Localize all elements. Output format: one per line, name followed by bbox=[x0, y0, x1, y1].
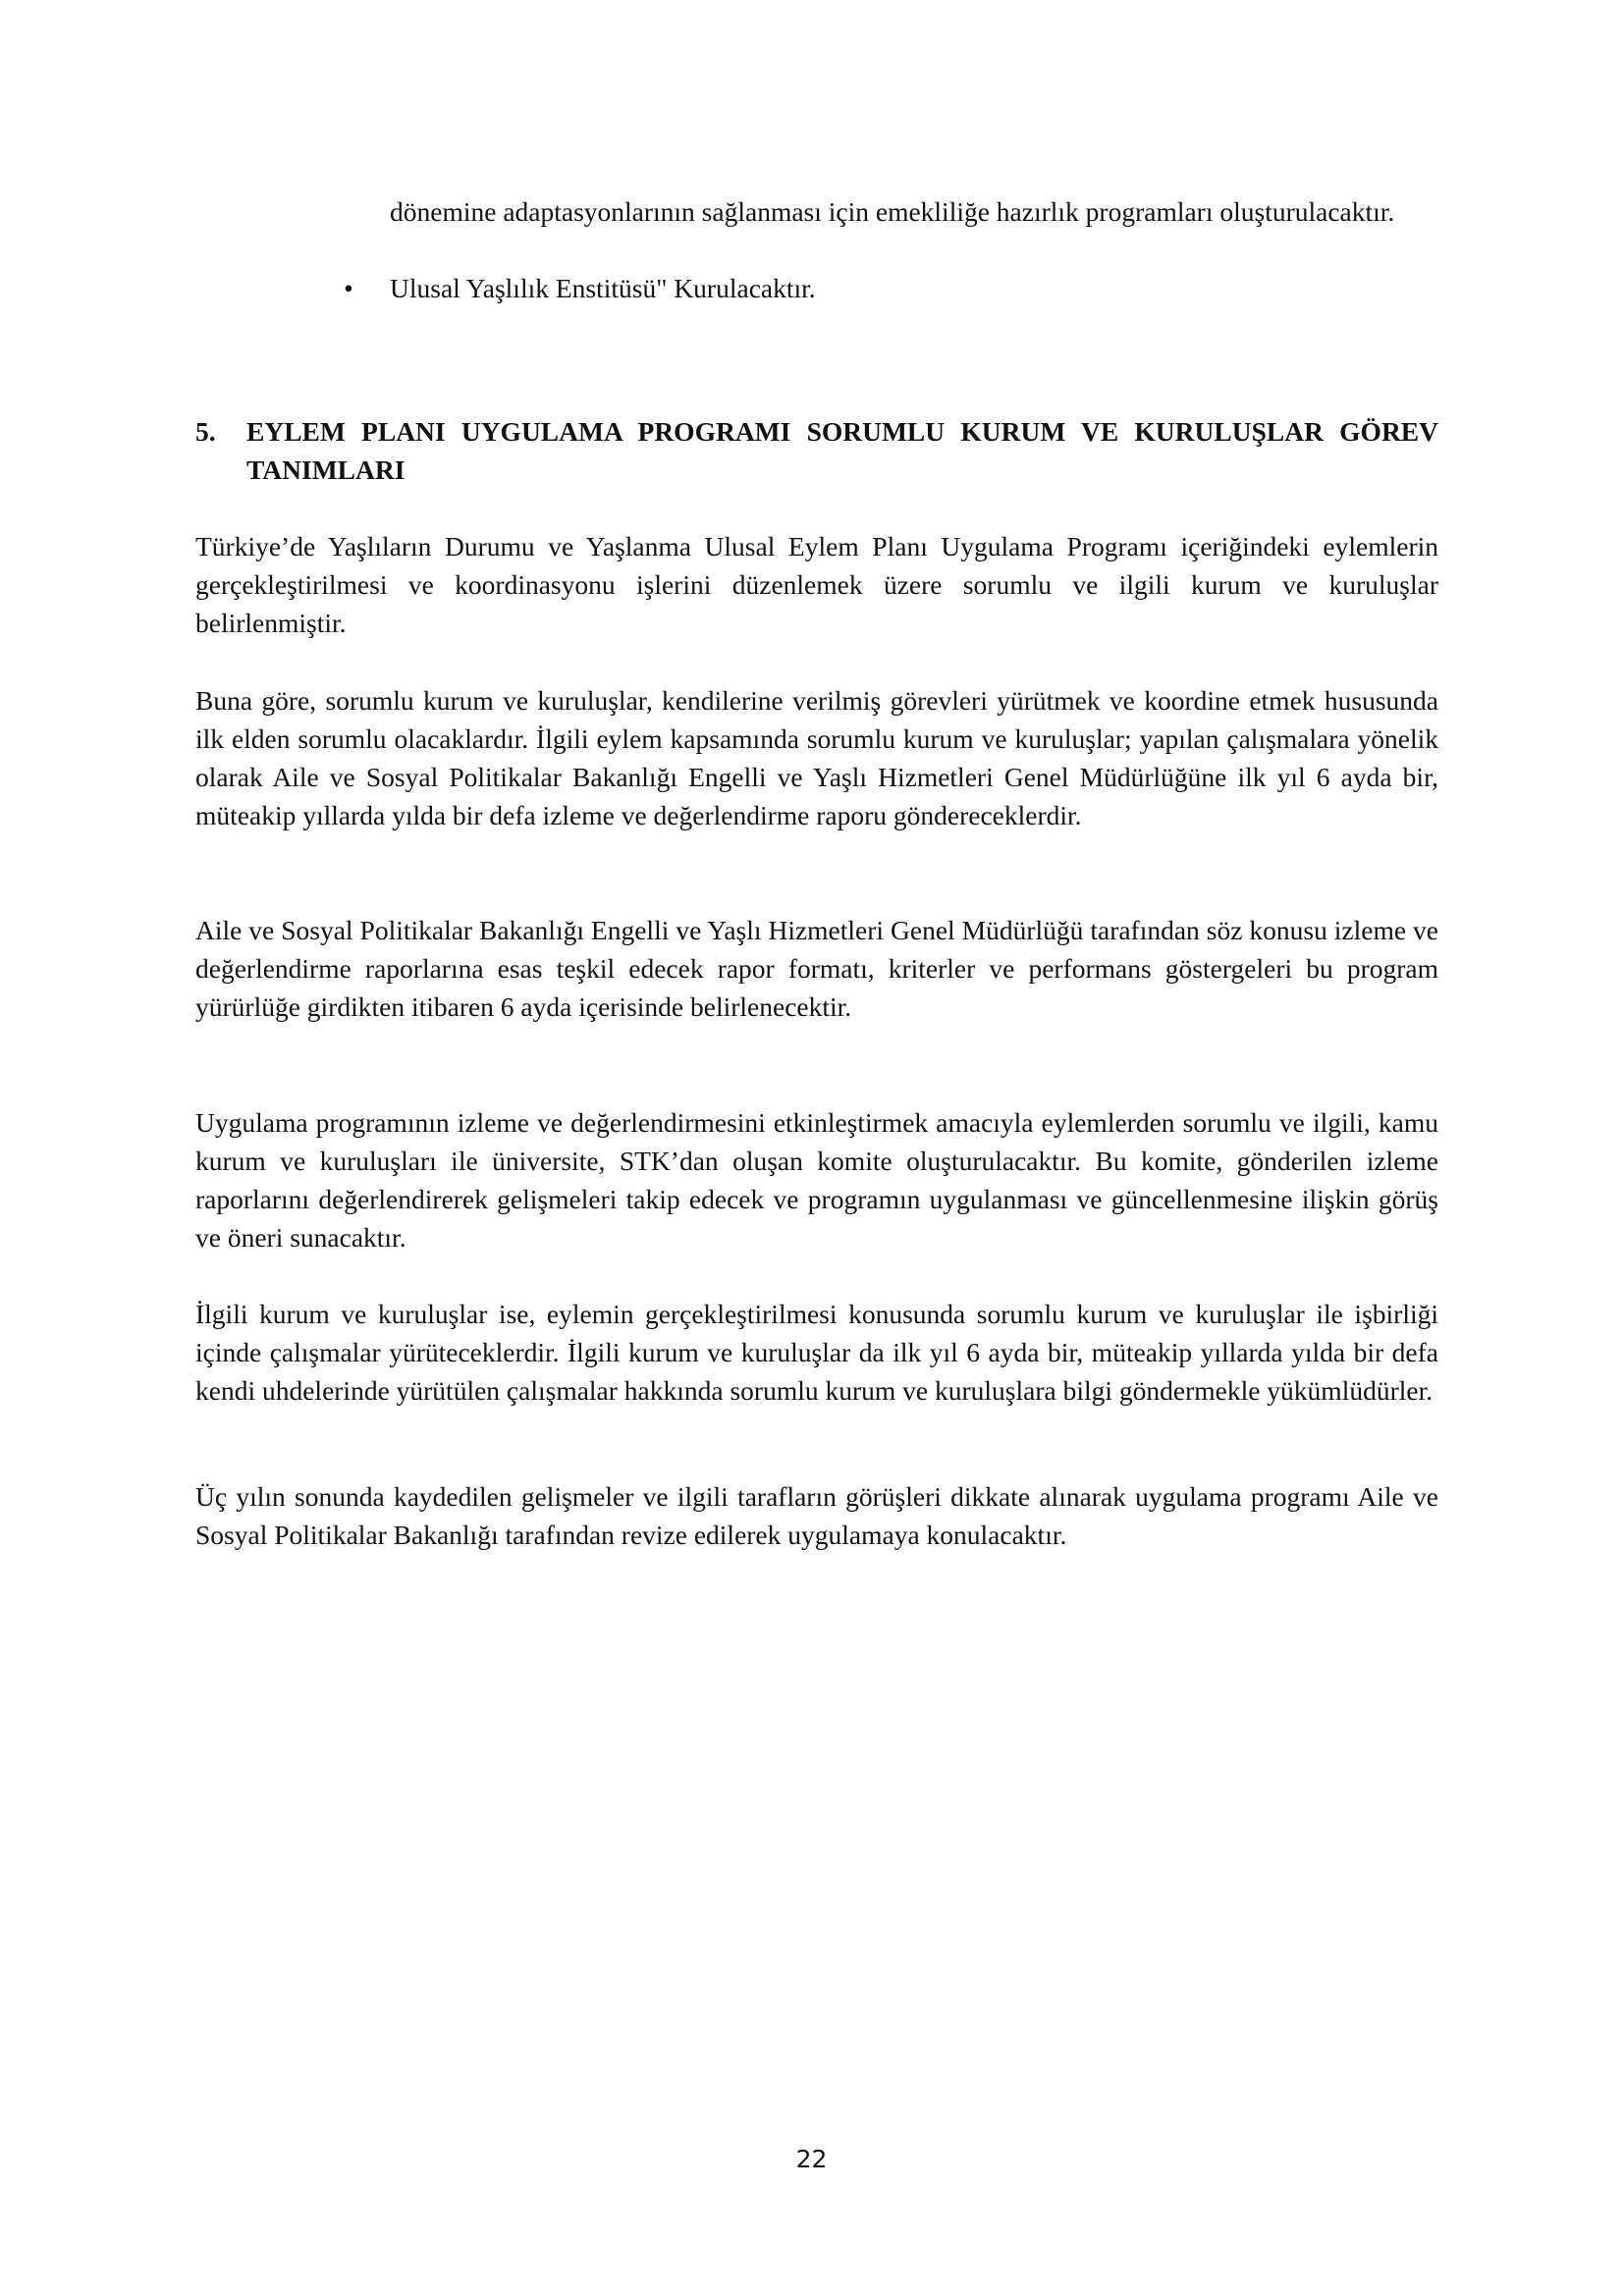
paragraph-6: Üç yılın sonunda kaydedilen gelişmeler v… bbox=[195, 1477, 1438, 1554]
paragraph-1: Türkiye’de Yaşlıların Durumu ve Yaşlanma… bbox=[195, 527, 1438, 642]
paragraph-5: İlgili kurum ve kuruluşlar ise, eylemin … bbox=[195, 1295, 1438, 1410]
document-page: dönemine adaptasyonlarının sağlanması iç… bbox=[0, 0, 1623, 2296]
paragraph-4: Uygulama programının izleme ve değerlend… bbox=[195, 1103, 1438, 1256]
paragraph-2: Buna göre, sorumlu kurum ve kuruluşlar, … bbox=[195, 681, 1438, 834]
section-number: 5. bbox=[195, 412, 216, 451]
section-title: EYLEM PLANI UYGULAMA PROGRAMI SORUMLU KU… bbox=[246, 412, 1438, 489]
bullet-text: Ulusal Yaşlılık Enstitüsü" Kurulacaktır. bbox=[390, 269, 816, 307]
bullet-icon: • bbox=[334, 269, 363, 307]
bullet-continuation-text: dönemine adaptasyonlarının sağlanması iç… bbox=[390, 192, 1438, 231]
paragraph-3: Aile ve Sosyal Politikalar Bakanlığı Eng… bbox=[195, 911, 1438, 1026]
page-number: 22 bbox=[0, 2140, 1623, 2178]
